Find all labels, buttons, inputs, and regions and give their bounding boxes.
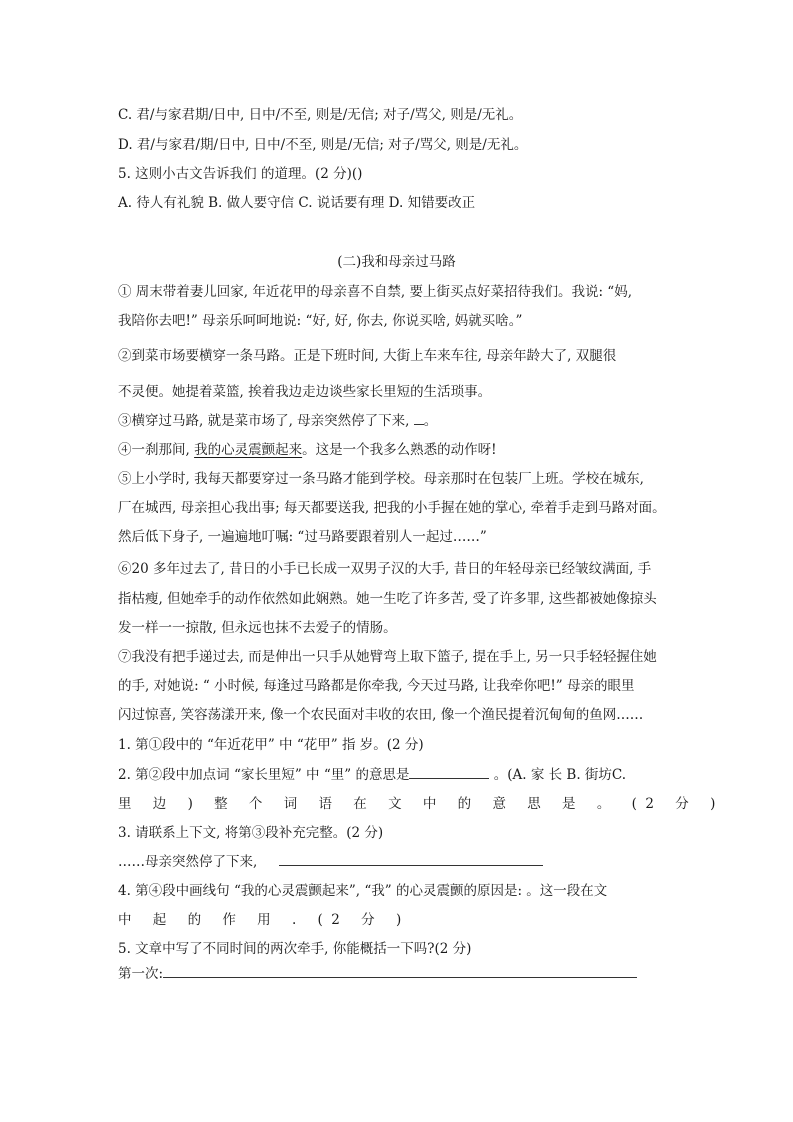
paragraph-5-line-2: 厂在城西, 母亲担心我出事; 每天都要送我, 把我的小手握在她的掌心, 牵着手走… — [118, 499, 666, 517]
question-4-line-2: 中 起 的 作 用 . (2 分 ) — [118, 911, 410, 929]
passage-title: (二)我和母亲过马路 — [0, 253, 793, 271]
question-3-answer: ……母亲突然停了下来, — [118, 853, 543, 871]
question-3-answer-blank[interactable] — [279, 853, 543, 866]
question-2-options: 。(A. 家 长 B. 街坊C. — [489, 767, 626, 783]
paragraph-7-line-1: ⑦我没有把手递过去, 而是伸出一只手从她臂弯上取下篮子, 提在手上, 另一只手轻… — [118, 648, 657, 666]
question-3-answer-prefix: ……母亲突然停了下来, — [118, 854, 257, 870]
question-2-line-2: 里 边 ) 整 个 词 语 在 文 中 的 意 思 是 。 (2 分 ) — [118, 795, 724, 813]
paragraph-5-line-1: ⑤上小学时, 我每天都要穿过一条马路才能到学校。母亲那时在包装厂上班。学校在城东… — [118, 470, 644, 488]
paragraph-4-prefix: ④一刹那间, — [118, 442, 194, 458]
paragraph-3-blank[interactable] — [414, 412, 424, 425]
option-d: D. 君/与家君/期/日中, 日中/不至, 则是/无信; 对子/骂父, 则是/无… — [118, 136, 527, 154]
paragraph-4: ④一刹那间, 我的心灵震颤起来。这是一个我多么熟悉的动作呀! — [118, 441, 497, 459]
paragraph-3-text: ③横穿过马路, 就是菜市场了, 母亲突然停了下来, — [118, 413, 414, 429]
option-c: C. 君/与家君期/日中, 日中/不至, 则是/无信; 对子/骂父, 则是/无礼… — [118, 106, 522, 124]
question-5: 5. 文章中写了不同时间的两次牵手, 你能概括一下吗?(2 分) — [118, 940, 471, 958]
question-3: 3. 请联系上下文, 将第③段补充完整。(2 分) — [118, 824, 383, 842]
paragraph-7-line-3: 闪过惊喜, 笑容荡漾开来, 像一个农民面对丰收的农田, 像一个渔民提着沉甸甸的鱼… — [118, 706, 643, 724]
paragraph-4-suffix: 。这是一个我多么熟悉的动作呀! — [302, 442, 496, 458]
question-1: 1. 第①段中的 “年近花甲” 中 “花甲” 指 岁。(2 分) — [118, 736, 424, 754]
question-2-answer-blank[interactable] — [409, 766, 489, 779]
first-time-answer-blank[interactable] — [163, 965, 637, 978]
paragraph-5-line-3: 然后低下身子, 一遍遍地叮嘱: “过马路要跟着别人一起过……” — [118, 528, 487, 546]
underlined-sentence: 我的心灵震颤起来 — [194, 442, 302, 458]
question-5-options: A. 待人有礼貌 B. 做人要守信 C. 说话要有理 D. 知错要改正 — [118, 194, 475, 212]
question-2-line-1: 2. 第②段中加点词 “家长里短” 中 “里” 的意思是 。(A. 家 长 B.… — [118, 766, 626, 784]
first-time-label: 第一次: — [118, 966, 163, 982]
paragraph-7-line-2: 的手, 对她说: “ 小时候, 每逢过马路都是你牵我, 今天过马路, 让我牵你吧… — [118, 677, 634, 695]
question-4-line-1: 4. 第④段中画线句 “我的心灵震颤起来”, “我” 的心灵震颤的原因是: 。这… — [118, 882, 607, 900]
paragraph-6-line-2: 指枯瘦, 但她牵手的动作依然如此娴熟。她一生吃了许多苦, 受了许多罪, 这些都被… — [118, 590, 657, 608]
paragraph-3: ③横穿过马路, 就是菜市场了, 母亲突然停了下来, 。 — [118, 412, 437, 430]
paragraph-6-line-1: ⑥20 多年过去了, 昔日的小手已长成一双男子汉的大手, 昔日的年轻母亲已经皱纹… — [118, 560, 651, 578]
paragraph-1-line-2: 我陪你去吧!” 母亲乐呵呵地说: “好, 好, 你去, 你说买啥, 妈就买啥。” — [118, 312, 522, 330]
question-5-part1: 5. 这则小古文告诉我们 的道理。(2 分)() — [118, 165, 362, 183]
paragraph-3-end: 。 — [424, 413, 438, 429]
question-2-text: 2. 第②段中加点词 “家长里短” 中 “里” 的意思是 — [118, 767, 409, 783]
paragraph-1-line-1: ① 周末带着妻儿回家, 年近花甲的母亲喜不自禁, 要上街买点好菜招待我们。我说:… — [118, 283, 632, 301]
paragraph-2-line-2: 不灵便。她提着菜篮, 挨着我边走边谈些家长里短的生活琐事。 — [118, 383, 491, 401]
paragraph-2-line-1: ②到菜市场要横穿一条马路。正是下班时间, 大街上车来车往, 母亲年龄大了, 双腿… — [118, 347, 616, 365]
paragraph-6-line-3: 发一样一一掠散, 但永远也抹不去爱子的情肠。 — [118, 619, 397, 637]
question-5-first-answer: 第一次: — [118, 965, 637, 983]
